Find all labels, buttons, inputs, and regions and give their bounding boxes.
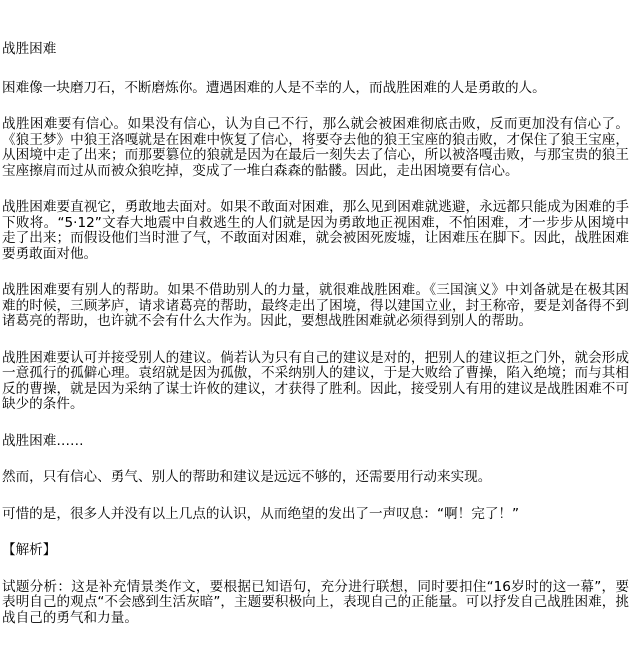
analysis-body: 试题分析：这是补充情景类作文，要根据已知语句，充分进行联想，同时要扣住“16岁时… xyxy=(2,580,629,627)
essay-paragraph-confidence: 战胜困难要有信心。如果没有信心，认为自己不行，那么就会被困难彻底击败，反而更加没… xyxy=(2,117,629,179)
essay-title: 战胜困难 xyxy=(2,42,629,58)
essay-paragraph-pity: 可惜的是，很多人并没有以上几点的认识，从而绝望的发出了一声叹息：“啊！完了！” xyxy=(2,507,629,523)
essay-paragraph-action: 然而，只有信心、勇气、别人的帮助和建议是远远不够的，还需要用行动来实现。 xyxy=(2,470,629,486)
essay-ellipsis-line: 战胜困难…… xyxy=(2,434,629,450)
analysis-header: 【解析】 xyxy=(2,543,629,559)
essay-paragraph-others-help: 战胜困难要有别人的帮助。如果不借助别人的力量，就很难战胜困难。《三国演义》中刘备… xyxy=(2,283,629,330)
essay-paragraph-face-difficulty: 战胜困难要直视它，勇敢地去面对。如果不敢面对困难，那么见到困难就逃避，永远都只能… xyxy=(2,200,629,262)
essay-paragraph-accept-advice: 战胜困难要认可并接受别人的建议。倘若认为只有自己的建议是对的，把别人的建议拒之门… xyxy=(2,351,629,413)
document-page: 战胜困难 困难像一块磨刀石，不断磨炼你。遭遇困难的人是不幸的人，而战胜困难的人是… xyxy=(0,0,630,626)
essay-intro-paragraph: 困难像一块磨刀石，不断磨炼你。遭遇困难的人是不幸的人，而战胜困难的人是勇敢的人。 xyxy=(2,81,629,97)
